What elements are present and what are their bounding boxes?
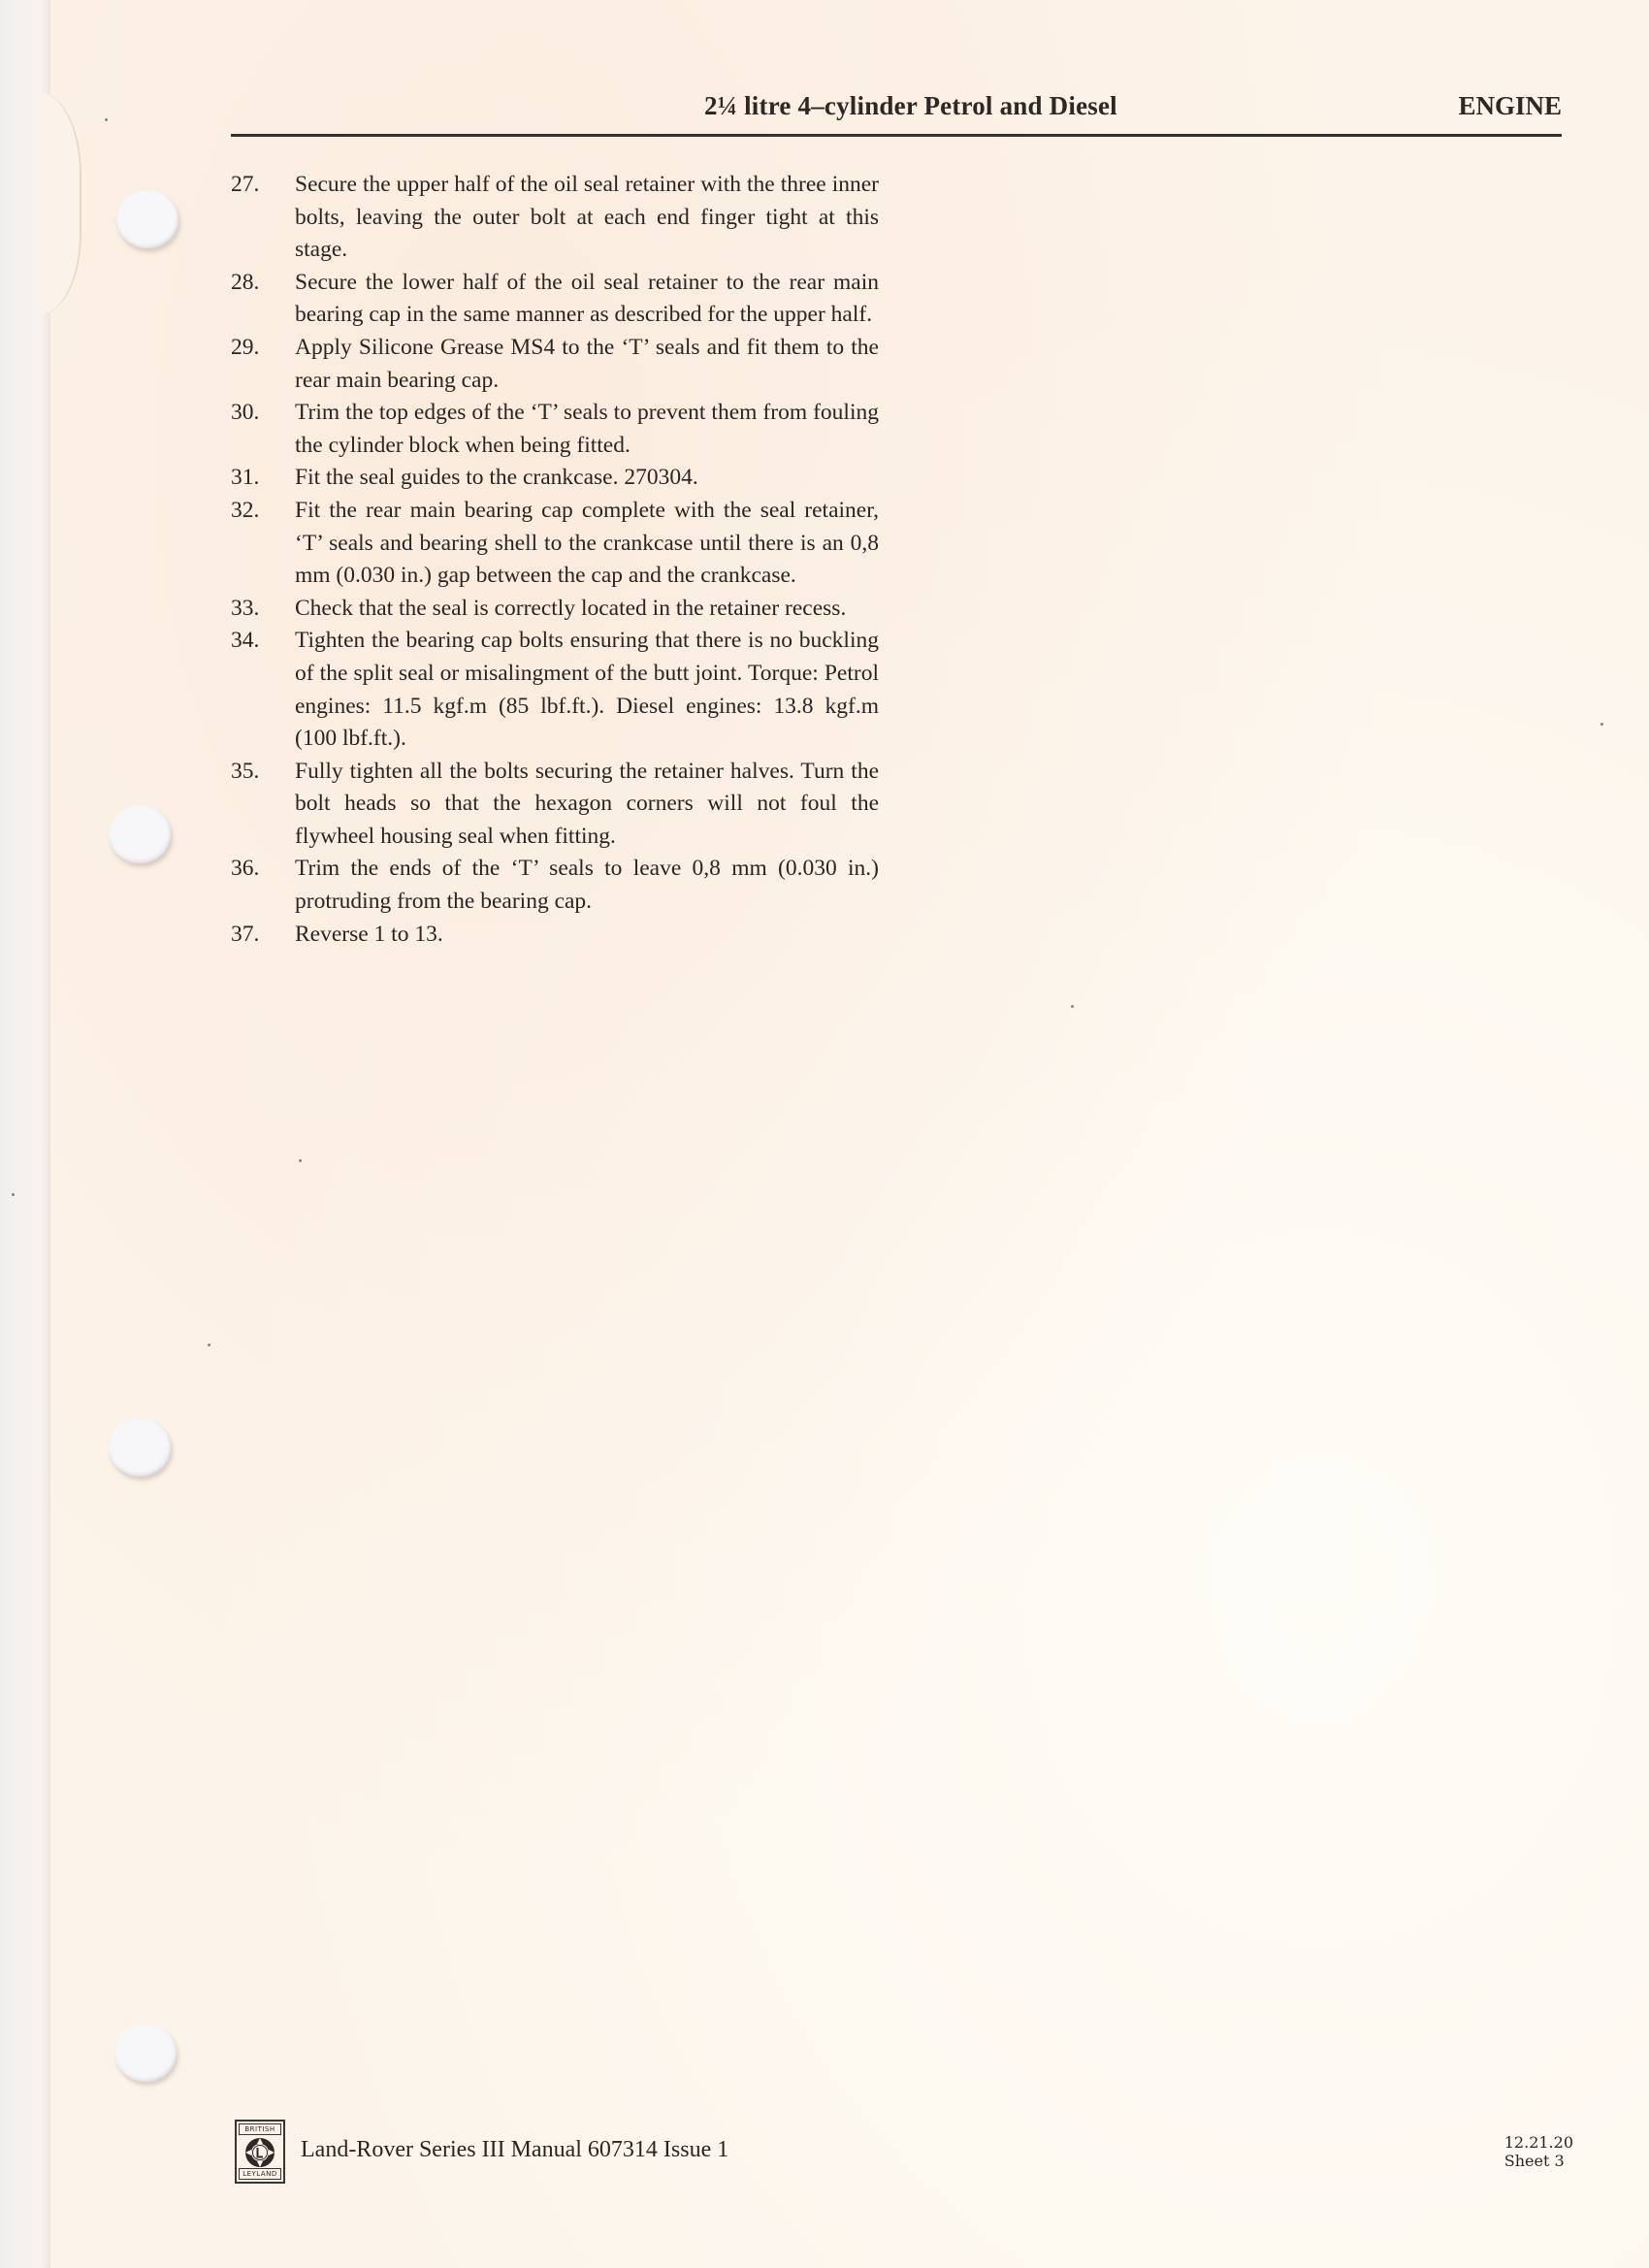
procedure-step: 37. Reverse 1 to 13. <box>231 919 879 952</box>
reference-code: 12.21.20 <box>1504 2133 1573 2152</box>
step-number: 33. <box>231 593 259 626</box>
british-leyland-logo: BRITISH LEYLAND <box>235 2120 285 2184</box>
punch-hole <box>109 805 171 863</box>
sheet-number: Sheet 3 <box>1504 2152 1573 2170</box>
punch-hole <box>114 2024 177 2082</box>
procedure-steps: 27. Secure the upper half of the oil sea… <box>231 169 879 951</box>
step-number: 37. <box>231 919 259 952</box>
step-text: Secure the lower half of the oil seal re… <box>295 270 879 328</box>
procedure-step: 33. Check that the seal is correctly loc… <box>231 593 879 626</box>
paper-speck <box>208 1344 210 1346</box>
page-header: 2¼ litre 4–cylinder Petrol and Diesel EN… <box>231 89 1562 136</box>
logo-top-text: BRITISH <box>239 2123 281 2135</box>
step-number: 30. <box>231 397 259 430</box>
procedure-step: 36. Trim the ends of the ‘T’ seals to le… <box>231 853 879 918</box>
paper-speck <box>299 1159 302 1162</box>
procedure-step: 35. Fully tighten all the bolts securing… <box>231 756 879 854</box>
step-number: 29. <box>231 332 259 365</box>
step-text: Secure the upper half of the oil seal re… <box>295 172 879 262</box>
procedure-step: 30. Trim the top edges of the ‘T’ seals … <box>231 397 879 462</box>
header-rule <box>231 134 1562 137</box>
header-section: ENGINE <box>1458 91 1562 121</box>
manual-page: 2¼ litre 4–cylinder Petrol and Diesel EN… <box>0 0 1649 2268</box>
step-number: 32. <box>231 495 259 528</box>
manual-reference: Land-Rover Series III Manual 607314 Issu… <box>301 2137 728 2163</box>
step-text: Check that the seal is correctly located… <box>295 596 846 621</box>
binder-strip <box>0 0 50 2268</box>
step-text: Trim the ends of the ‘T’ seals to leave … <box>295 856 879 914</box>
step-text: Fully tighten all the bolts securing the… <box>295 759 879 849</box>
step-number: 35. <box>231 756 259 789</box>
page-footer: BRITISH LEYLAND Land-Rover Series III Ma… <box>235 2120 1573 2187</box>
step-text: Trim the top edges of the ‘T’ seals to p… <box>295 400 879 458</box>
procedure-step: 31. Fit the seal guides to the crankcase… <box>231 462 879 495</box>
punch-hole <box>116 190 178 248</box>
step-number: 36. <box>231 853 259 886</box>
paper-speck <box>1071 1005 1074 1008</box>
logo-bottom-text: LEYLAND <box>239 2168 281 2180</box>
header-title: 2¼ litre 4–cylinder Petrol and Diesel <box>704 91 1117 121</box>
step-number: 31. <box>231 462 259 495</box>
step-text: Fit the rear main bearing cap complete w… <box>295 498 879 588</box>
step-text: Fit the seal guides to the crankcase. 27… <box>295 465 698 490</box>
procedure-step: 28. Secure the lower half of the oil sea… <box>231 267 879 332</box>
procedure-step: 27. Secure the upper half of the oil sea… <box>231 169 879 267</box>
sheet-reference: 12.21.20 Sheet 3 <box>1504 2133 1573 2170</box>
paper-speck <box>105 118 108 121</box>
step-text: Apply Silicone Grease MS4 to the ‘T’ sea… <box>295 335 879 393</box>
procedure-step: 32. Fit the rear main bearing cap comple… <box>231 495 879 593</box>
binder-tab-edge <box>39 92 81 315</box>
step-number: 27. <box>231 169 259 202</box>
punch-hole <box>109 1418 171 1476</box>
paper-speck <box>1600 723 1603 726</box>
leyland-wheel-icon <box>244 2137 275 2168</box>
procedure-step: 34. Tighten the bearing cap bolts ensuri… <box>231 625 879 755</box>
step-text: Reverse 1 to 13. <box>295 922 443 947</box>
step-text: Tighten the bearing cap bolts ensuring t… <box>295 628 879 751</box>
paper-speck <box>12 1193 15 1196</box>
step-number: 34. <box>231 625 259 658</box>
procedure-step: 29. Apply Silicone Grease MS4 to the ‘T’… <box>231 332 879 397</box>
step-number: 28. <box>231 267 259 300</box>
